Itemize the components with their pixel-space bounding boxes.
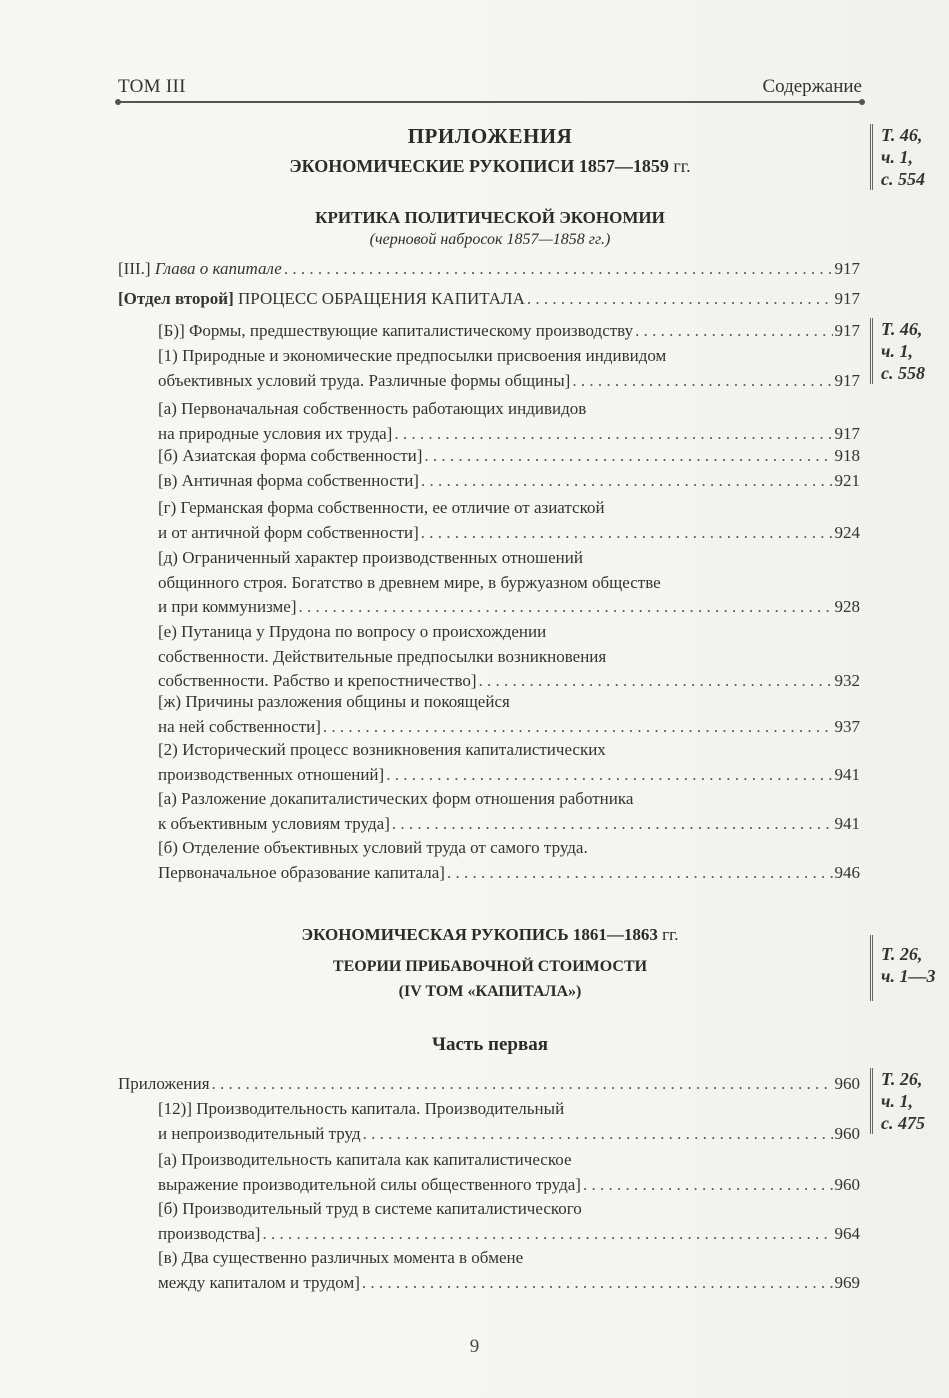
toc-entry-line: производства]964 [158, 1222, 860, 1247]
book-page: ТОМ III Содержание ПРИЛОЖЕНИЯ ЭКОНОМИЧЕС… [0, 0, 949, 1398]
toc-entry[interactable]: [1) Природные и экономические предпосылк… [158, 344, 860, 393]
toc-entry[interactable]: [д) Ограниченный характер производственн… [158, 546, 860, 620]
toc-entry-line: [б) Азиатская форма собственности]918 [158, 444, 860, 469]
toc-page-number: 946 [835, 861, 861, 886]
heading-manuscripts-1857: ЭКОНОМИЧЕСКИЕ РУКОПИСИ 1857—1859 гг. [118, 156, 862, 177]
heading-text: ЭКОНОМИЧЕСКИЕ РУКОПИСИ 1857—1859 [289, 156, 668, 176]
margin-line: Т. 26, [881, 1068, 925, 1090]
toc-page-number: 917 [835, 257, 861, 282]
toc-page-number: 924 [835, 521, 861, 546]
page-number: 9 [0, 1336, 949, 1358]
toc-entry[interactable]: [г) Германская форма собственности, ее о… [158, 496, 860, 545]
margin-line: ч. 1, [881, 1090, 925, 1112]
margin-note-2: Т. 46, ч. 1, с. 558 [870, 318, 925, 384]
margin-line: ч. 1, [881, 146, 925, 168]
toc-entry-title: на ней собственности] [158, 715, 321, 740]
toc-page-number: 960 [835, 1072, 861, 1097]
toc-entry-title: на природные условия их труда] [158, 422, 392, 447]
toc-entry-text: [а) Первоначальная собственность работаю… [158, 397, 860, 422]
toc-entry-line: выражение производительной силы обществе… [158, 1173, 860, 1198]
toc-page-number: 921 [835, 469, 861, 494]
toc-entry-title: Приложения [118, 1072, 210, 1097]
toc-entry-text: [б) Производительный труд в системе капи… [158, 1197, 860, 1222]
toc-page-number: 917 [835, 422, 861, 447]
toc-entry[interactable]: [III.] Глава о капитале917 [118, 257, 860, 282]
toc-entry-title: [б) Азиатская форма собственности] [158, 444, 422, 469]
toc-entry-title: [III.] Глава о капитале [118, 257, 282, 282]
heading-critique: КРИТИКА ПОЛИТИЧЕСКОЙ ЭКОНОМИИ [118, 208, 862, 228]
margin-line: с. 475 [881, 1112, 925, 1134]
leader-dots [262, 1222, 832, 1247]
heading-part-one: Часть первая [118, 1034, 862, 1056]
toc-entry-title: [в) Античная форма собственности] [158, 469, 419, 494]
toc-entry-line: и непроизводительный труд960 [158, 1122, 860, 1147]
toc-entry-title: между капиталом и трудом] [158, 1271, 360, 1296]
toc-entry-line: Первоначальное образование капитала]946 [158, 861, 860, 886]
toc-page-number: 960 [835, 1173, 861, 1198]
toc-entry-text: [г) Германская форма собственности, ее о… [158, 496, 860, 521]
margin-note-3: Т. 26, ч. 1—3 [870, 935, 935, 1001]
toc-entry-title: [Отдел второй] ПРОЦЕСС ОБРАЩЕНИЯ КАПИТАЛ… [118, 287, 525, 312]
heading-manuscript-1861: ЭКОНОМИЧЕСКАЯ РУКОПИСЬ 1861—1863 гг. [118, 925, 862, 945]
toc-page-number: 964 [835, 1222, 861, 1247]
toc-entry-line: между капиталом и трудом]969 [158, 1271, 860, 1296]
toc-entry-text: [в) Два существенно различных момента в … [158, 1246, 860, 1271]
toc-page-number: 960 [835, 1122, 861, 1147]
leader-dots [583, 1173, 833, 1198]
running-head: ТОМ III Содержание [118, 76, 862, 100]
margin-note-4: Т. 26, ч. 1, с. 475 [870, 1068, 925, 1134]
toc-entry[interactable]: [в) Античная форма собственности]921 [158, 469, 860, 494]
leader-dots [447, 861, 833, 886]
toc-page-number: 928 [835, 595, 861, 620]
leader-dots [424, 444, 832, 469]
leader-dots [212, 1072, 833, 1097]
toc-entry-text: [2) Исторический процесс возникновения к… [158, 738, 860, 763]
toc-entry-text: [б) Отделение объективных условий труда … [158, 836, 860, 861]
toc-entry[interactable]: [б) Азиатская форма собственности]918 [158, 444, 860, 469]
toc-entry[interactable]: [в) Два существенно различных момента в … [158, 1246, 860, 1295]
toc-page-number: 969 [835, 1271, 861, 1296]
toc-entry-text: собственности. Действительные предпосылк… [158, 645, 860, 670]
leader-dots [421, 521, 833, 546]
leader-dots [284, 257, 833, 282]
toc-entry-text: [е) Путаница у Прудона по вопросу о прои… [158, 620, 860, 645]
toc-entry[interactable]: [12)] Производительность капитала. Произ… [158, 1097, 860, 1146]
toc-entry[interactable]: Приложения960 [118, 1072, 860, 1097]
toc-entry-line: [Отдел второй] ПРОЦЕСС ОБРАЩЕНИЯ КАПИТАЛ… [118, 287, 860, 312]
margin-line: с. 558 [881, 362, 925, 384]
toc-entry[interactable]: [а) Производительность капитала как капи… [158, 1148, 860, 1197]
toc-entry-title: и непроизводительный труд [158, 1122, 361, 1147]
leader-dots [299, 595, 833, 620]
toc-entry-line: объективных условий труда. Различные фор… [158, 369, 860, 394]
margin-line: ч. 1—3 [881, 965, 935, 987]
toc-entry-line: производственных отношений]941 [158, 763, 860, 788]
margin-line: ч. 1, [881, 340, 925, 362]
toc-entry-title: и при коммунизме] [158, 595, 297, 620]
toc-entry-line: [III.] Глава о капитале917 [118, 257, 860, 282]
leader-dots [392, 812, 833, 837]
toc-entry[interactable]: [е) Путаница у Прудона по вопросу о прои… [158, 620, 860, 694]
margin-note-1: Т. 46, ч. 1, с. 554 [870, 124, 925, 190]
leader-dots [527, 287, 833, 312]
toc-entry-line: на ней собственности]937 [158, 715, 860, 740]
margin-line: Т. 26, [881, 943, 935, 965]
header-rule [118, 101, 862, 103]
toc-entry-line: [в) Античная форма собственности]921 [158, 469, 860, 494]
leader-dots [363, 1122, 833, 1147]
margin-line: Т. 46, [881, 124, 925, 146]
section-label: Содержание [762, 76, 862, 98]
toc-entry-text: [а) Производительность капитала как капи… [158, 1148, 860, 1173]
heading-theories: ТЕОРИИ ПРИБАВОЧНОЙ СТОИМОСТИ [118, 958, 862, 976]
margin-line: Т. 46, [881, 318, 925, 340]
leader-dots [362, 1271, 833, 1296]
toc-entry[interactable]: [ж) Причины разложения общины и покоящей… [158, 690, 860, 739]
toc-entry-text: [ж) Причины разложения общины и покоящей… [158, 690, 860, 715]
toc-entry[interactable]: [Отдел второй] ПРОЦЕСС ОБРАЩЕНИЯ КАПИТАЛ… [118, 287, 860, 312]
toc-entry-line: и от античной форм собственности]924 [158, 521, 860, 546]
toc-entry-line: и при коммунизме]928 [158, 595, 860, 620]
toc-entry[interactable]: [б) Отделение объективных условий труда … [158, 836, 860, 885]
toc-entry-title: к объективным условиям труда] [158, 812, 390, 837]
toc-entry[interactable]: [Б)] Формы, предшествующие капиталистиче… [158, 319, 860, 344]
volume-label: ТОМ III [118, 76, 186, 98]
leader-dots [421, 469, 833, 494]
heading-volume-four: (IV ТОМ «КАПИТАЛА») [118, 983, 862, 1001]
toc-entry-prefix: [III.] [118, 259, 155, 278]
toc-entry-title: [Б)] Формы, предшествующие капиталистиче… [158, 319, 633, 344]
toc-entry-title: объективных условий труда. Различные фор… [158, 369, 570, 394]
leader-dots [635, 319, 832, 344]
heading-draft-note: (черновой набросок 1857—1858 гг.) [118, 231, 862, 249]
toc-entry[interactable]: [2) Исторический процесс возникновения к… [158, 738, 860, 787]
toc-entry-line: к объективным условиям труда]941 [158, 812, 860, 837]
toc-entry-title: производства] [158, 1222, 260, 1247]
margin-line: с. 554 [881, 168, 925, 190]
leader-dots [386, 763, 832, 788]
toc-page-number: 917 [835, 369, 861, 394]
heading-text: ЭКОНОМИЧЕСКАЯ РУКОПИСЬ 1861—1863 [302, 925, 658, 944]
toc-entry-title: и от античной форм собственности] [158, 521, 419, 546]
toc-entry[interactable]: [а) Первоначальная собственность работаю… [158, 397, 860, 446]
toc-page-number: 941 [835, 812, 861, 837]
toc-entry-line: Приложения960 [118, 1072, 860, 1097]
toc-entry[interactable]: [а) Разложение докапиталистических форм … [158, 787, 860, 836]
toc-entry-title: Первоначальное образование капитала] [158, 861, 445, 886]
toc-page-number: 917 [835, 319, 861, 344]
heading-suffix: гг. [658, 925, 679, 944]
toc-page-number: 918 [835, 444, 861, 469]
leader-dots [394, 422, 832, 447]
toc-entry-text: [12)] Производительность капитала. Произ… [158, 1097, 860, 1122]
toc-entry[interactable]: [б) Производительный труд в системе капи… [158, 1197, 860, 1246]
heading-suffix: гг. [669, 156, 691, 176]
toc-entry-text: общинного строя. Богатство в древнем мир… [158, 571, 860, 596]
toc-entry-title: производственных отношений] [158, 763, 384, 788]
toc-entry-text: [1) Природные и экономические предпосылк… [158, 344, 860, 369]
leader-dots [572, 369, 832, 394]
toc-entry-text: [а) Разложение докапиталистических форм … [158, 787, 860, 812]
toc-page-number: 941 [835, 763, 861, 788]
toc-entry-title: выражение производительной силы обществе… [158, 1173, 581, 1198]
toc-entry-line: на природные условия их труда]917 [158, 422, 860, 447]
leader-dots [323, 715, 833, 740]
toc-entry-prefix: [Отдел второй] [118, 289, 238, 308]
toc-page-number: 937 [835, 715, 861, 740]
toc-entry-text: [д) Ограниченный характер производственн… [158, 546, 860, 571]
toc-entry-line: [Б)] Формы, предшествующие капиталистиче… [158, 319, 860, 344]
heading-appendices: ПРИЛОЖЕНИЯ [118, 124, 862, 149]
toc-page-number: 917 [835, 287, 861, 312]
